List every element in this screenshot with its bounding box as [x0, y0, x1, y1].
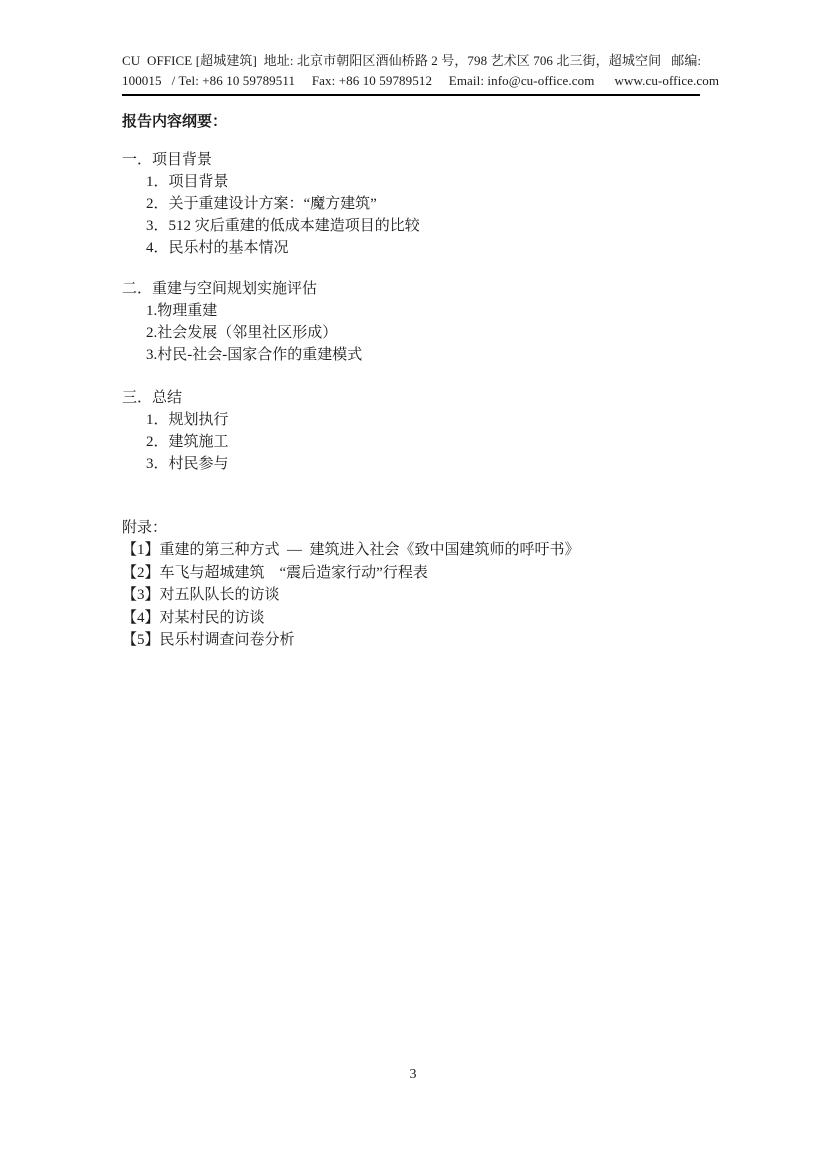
- toc-item: 1．规划执行: [122, 409, 700, 431]
- toc-section-1: 一．项目背景 1．项目背景 2．关于重建设计方案：“魔方建筑” 3．512 灾后…: [122, 149, 700, 259]
- appendix-item: 【3】对五队队长的访谈: [122, 584, 700, 607]
- toc-item: 4．民乐村的基本情况: [122, 237, 700, 259]
- letterhead: CU OFFICE [超城建筑] 地址: 北京市朝阳区酒仙桥路 2 号，798 …: [122, 0, 700, 96]
- appendix-item: 【5】民乐村调查问卷分析: [122, 629, 700, 652]
- appendix-section: 附录： 【1】重建的第三种方式 — 建筑进入社会《致中国建筑师的呼吁书》 【2】…: [122, 517, 700, 652]
- toc-section-title: 一．项目背景: [122, 149, 700, 171]
- toc-item: 1．项目背景: [122, 171, 700, 193]
- page-number: 3: [0, 1066, 826, 1084]
- toc-item: 3．512 灾后重建的低成本建造项目的比较: [122, 215, 700, 237]
- toc-item: 3.村民-社会-国家合作的重建模式: [122, 344, 700, 366]
- appendix-title: 附录：: [122, 517, 700, 539]
- letterhead-line2: 100015 / Tel: +86 10 59789511 Fax: +86 1…: [122, 71, 700, 91]
- toc-section-items: 1．项目背景 2．关于重建设计方案：“魔方建筑” 3．512 灾后重建的低成本建…: [122, 171, 700, 259]
- toc-item: 2．关于重建设计方案：“魔方建筑”: [122, 193, 700, 215]
- toc-item: 1.物理重建: [122, 300, 700, 322]
- toc-item: 2．建筑施工: [122, 431, 700, 453]
- toc-section-title: 二．重建与空间规划实施评估: [122, 278, 700, 300]
- outline-heading: 报告内容纲要：: [122, 111, 700, 133]
- document-page: CU OFFICE [超城建筑] 地址: 北京市朝阳区酒仙桥路 2 号，798 …: [0, 0, 826, 1169]
- letterhead-line1: CU OFFICE [超城建筑] 地址: 北京市朝阳区酒仙桥路 2 号，798 …: [122, 51, 700, 71]
- appendix-item: 【4】对某村民的访谈: [122, 607, 700, 630]
- toc-item: 2.社会发展（邻里社区形成）: [122, 322, 700, 344]
- appendix-item: 【1】重建的第三种方式 — 建筑进入社会《致中国建筑师的呼吁书》: [122, 539, 700, 562]
- toc-section-items: 1．规划执行 2．建筑施工 3．村民参与: [122, 409, 700, 475]
- toc-section-2: 二．重建与空间规划实施评估 1.物理重建 2.社会发展（邻里社区形成） 3.村民…: [122, 278, 700, 366]
- toc-section-title: 三．总结: [122, 387, 700, 409]
- appendix-item: 【2】车飞与超城建筑 “震后造家行动”行程表: [122, 562, 700, 585]
- toc-section-items: 1.物理重建 2.社会发展（邻里社区形成） 3.村民-社会-国家合作的重建模式: [122, 300, 700, 366]
- toc-item: 3．村民参与: [122, 453, 700, 475]
- page-content: CU OFFICE [超城建筑] 地址: 北京市朝阳区酒仙桥路 2 号，798 …: [0, 0, 826, 652]
- appendix-items: 【1】重建的第三种方式 — 建筑进入社会《致中国建筑师的呼吁书》 【2】车飞与超…: [122, 539, 700, 652]
- toc-section-3: 三．总结 1．规划执行 2．建筑施工 3．村民参与: [122, 387, 700, 475]
